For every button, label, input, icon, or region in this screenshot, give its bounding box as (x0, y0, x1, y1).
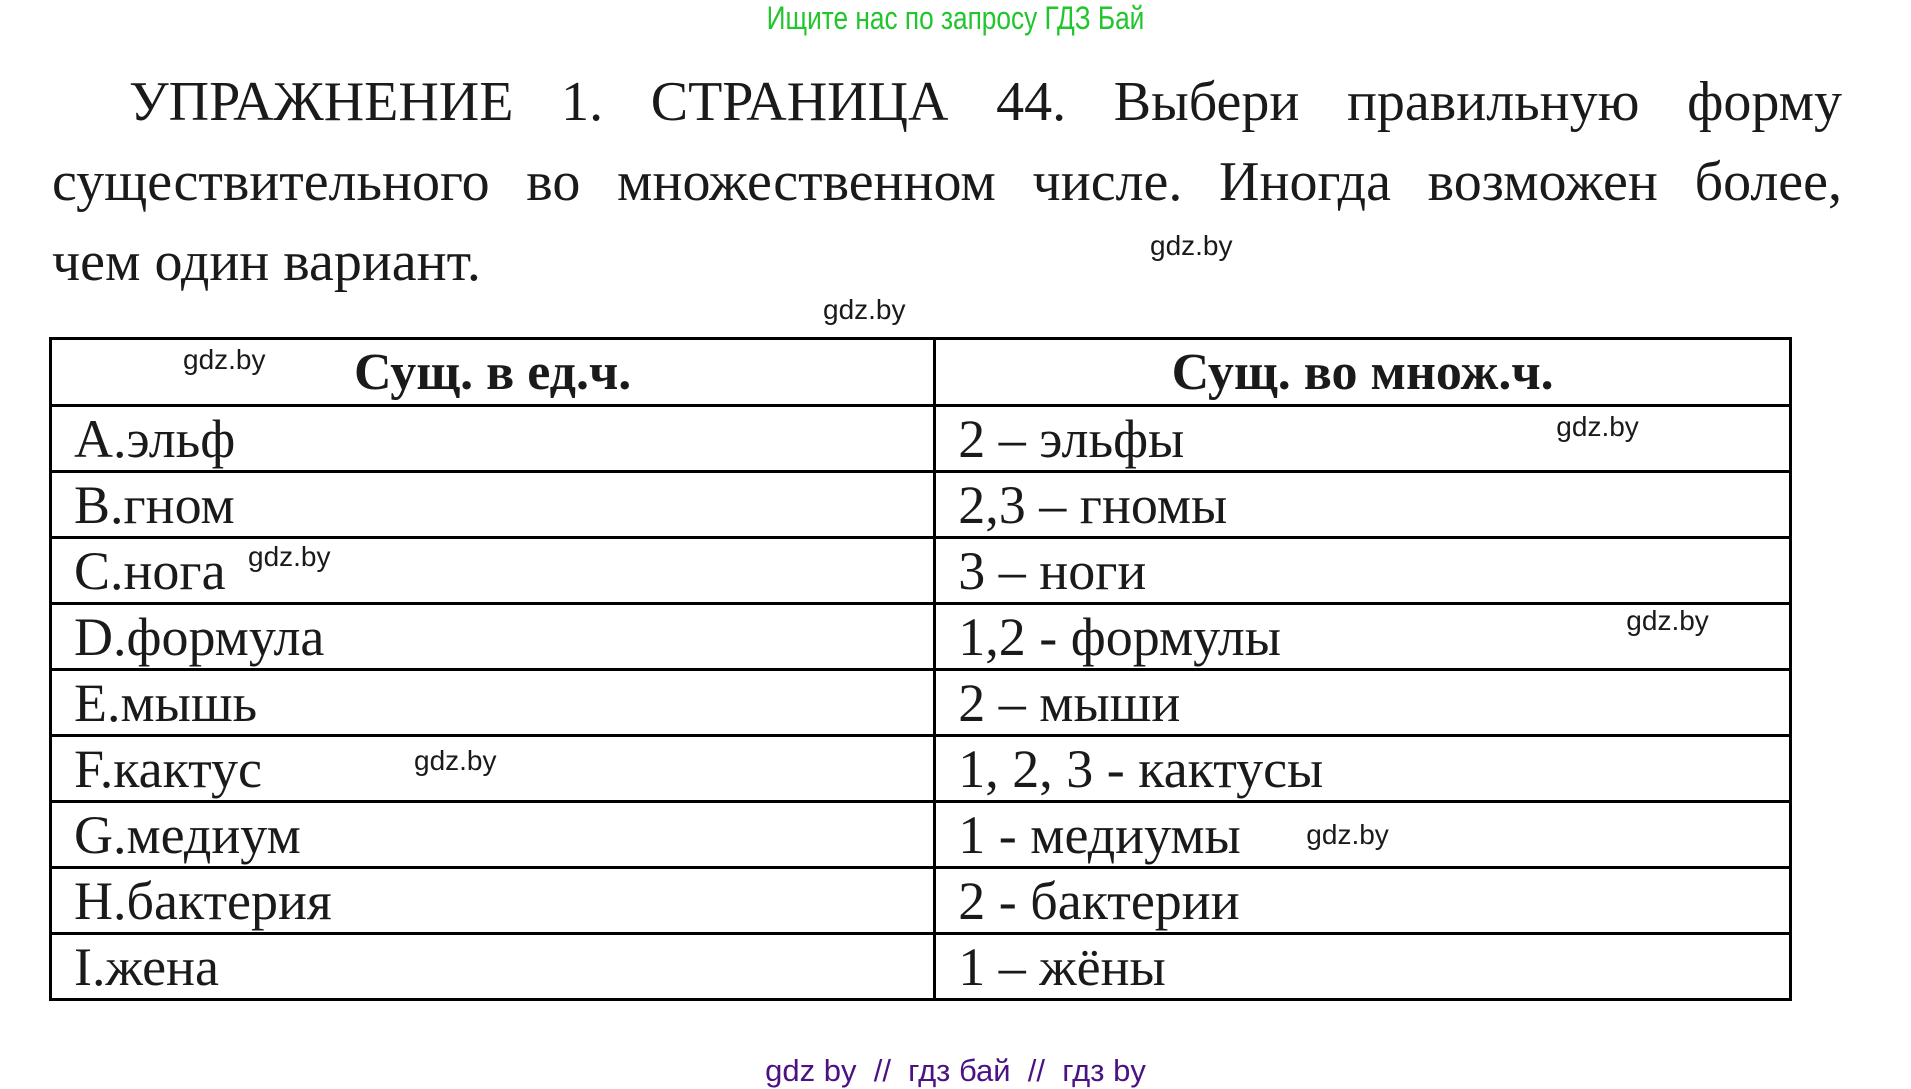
task-line-1: УПРАЖНЕНИЕ 1. СТРАНИЦА 44. Выбери правил… (52, 62, 1842, 142)
cell-singular: F.кактусgdz.by (51, 736, 935, 802)
cell-plural: 2 - бактерии (935, 868, 1791, 934)
singular-text: I.жена (74, 937, 219, 997)
table-row: E.мышь2 – мыши (51, 670, 1791, 736)
task-statement: УПРАЖНЕНИЕ 1. СТРАНИЦА 44. Выбери правил… (52, 62, 1842, 302)
header-plural-text: Сущ. во множ.ч. (1172, 344, 1554, 401)
cell-plural: 2 – эльфыgdz.by (935, 406, 1791, 472)
plural-text: 2,3 – гномы (958, 475, 1227, 535)
cell-singular: H.бактерия (51, 868, 935, 934)
singular-text: E.мышь (74, 673, 257, 733)
cell-singular: B.гном (51, 472, 935, 538)
table-row: C.ногаgdz.by3 – ноги (51, 538, 1791, 604)
table-row: A.эльф2 – эльфыgdz.by (51, 406, 1791, 472)
singular-text: A.эльф (74, 409, 235, 469)
watermark: gdz.by (1150, 230, 1233, 262)
watermark: gdz.by (248, 541, 331, 573)
watermark: gdz.by (183, 344, 266, 376)
cell-plural: 3 – ноги (935, 538, 1791, 604)
table-header-row: gdz.by Сущ. в ед.ч. Сущ. во множ.ч. (51, 339, 1791, 406)
watermark: gdz.by (823, 294, 906, 326)
plural-text: 2 – мыши (958, 673, 1180, 733)
watermark: gdz.by (1306, 819, 1389, 851)
table-row: H.бактерия2 - бактерии (51, 868, 1791, 934)
plural-text: 1 - медиумы (958, 805, 1241, 865)
plural-text: 3 – ноги (958, 541, 1146, 601)
answer-table: gdz.by Сущ. в ед.ч. Сущ. во множ.ч. A.эл… (49, 337, 1792, 1001)
singular-text: D.формула (74, 607, 324, 667)
plural-text: 1, 2, 3 - кактусы (958, 739, 1323, 799)
singular-text: H.бактерия (74, 871, 332, 931)
cell-singular: I.жена (51, 934, 935, 1000)
watermark: gdz.by (414, 745, 497, 777)
task-line-1-text: УПРАЖНЕНИЕ 1. СТРАНИЦА 44. Выбери правил… (129, 71, 1842, 133)
table-row: F.кактусgdz.by1, 2, 3 - кактусы (51, 736, 1791, 802)
singular-text: C.нога (74, 541, 226, 601)
task-line-3: чем один вариант. (52, 222, 1842, 302)
cell-singular: D.формула (51, 604, 935, 670)
plural-text: 2 – эльфы (958, 409, 1184, 469)
cell-plural: 1 - медиумыgdz.by (935, 802, 1791, 868)
singular-text: F.кактус (74, 739, 262, 799)
cell-singular: A.эльф (51, 406, 935, 472)
header-singular: gdz.by Сущ. в ед.ч. (51, 339, 935, 406)
singular-text: B.гном (74, 475, 235, 535)
cell-singular: C.ногаgdz.by (51, 538, 935, 604)
plural-text: 1 – жёны (958, 937, 1165, 997)
cell-plural: 1 – жёны (935, 934, 1791, 1000)
singular-text: G.медиум (74, 805, 301, 865)
search-banner: Ищите нас по запросу ГДЗ Бай (172, 0, 1739, 36)
plural-text: 1,2 - формулы (958, 607, 1281, 667)
table-row: D.формула1,2 - формулыgdz.by (51, 604, 1791, 670)
header-singular-text: Сущ. в ед.ч. (354, 344, 631, 401)
table-row: G.медиум1 - медиумыgdz.by (51, 802, 1791, 868)
plural-text: 2 - бактерии (958, 871, 1239, 931)
table-row: B.гном2,3 – гномы (51, 472, 1791, 538)
table-row: I.жена1 – жёны (51, 934, 1791, 1000)
cell-singular: G.медиум (51, 802, 935, 868)
cell-plural: 1,2 - формулыgdz.by (935, 604, 1791, 670)
header-plural: Сущ. во множ.ч. (935, 339, 1791, 406)
cell-plural: 2,3 – гномы (935, 472, 1791, 538)
watermark: gdz.by (1556, 411, 1639, 443)
cell-plural: 2 – мыши (935, 670, 1791, 736)
watermark: gdz.by (1626, 605, 1709, 637)
task-line-2: существительного во множественном числе.… (52, 142, 1842, 222)
footer-watermark: gdz by // гдз бай // гдз by (0, 1053, 1911, 1089)
cell-singular: E.мышь (51, 670, 935, 736)
cell-plural: 1, 2, 3 - кактусы (935, 736, 1791, 802)
